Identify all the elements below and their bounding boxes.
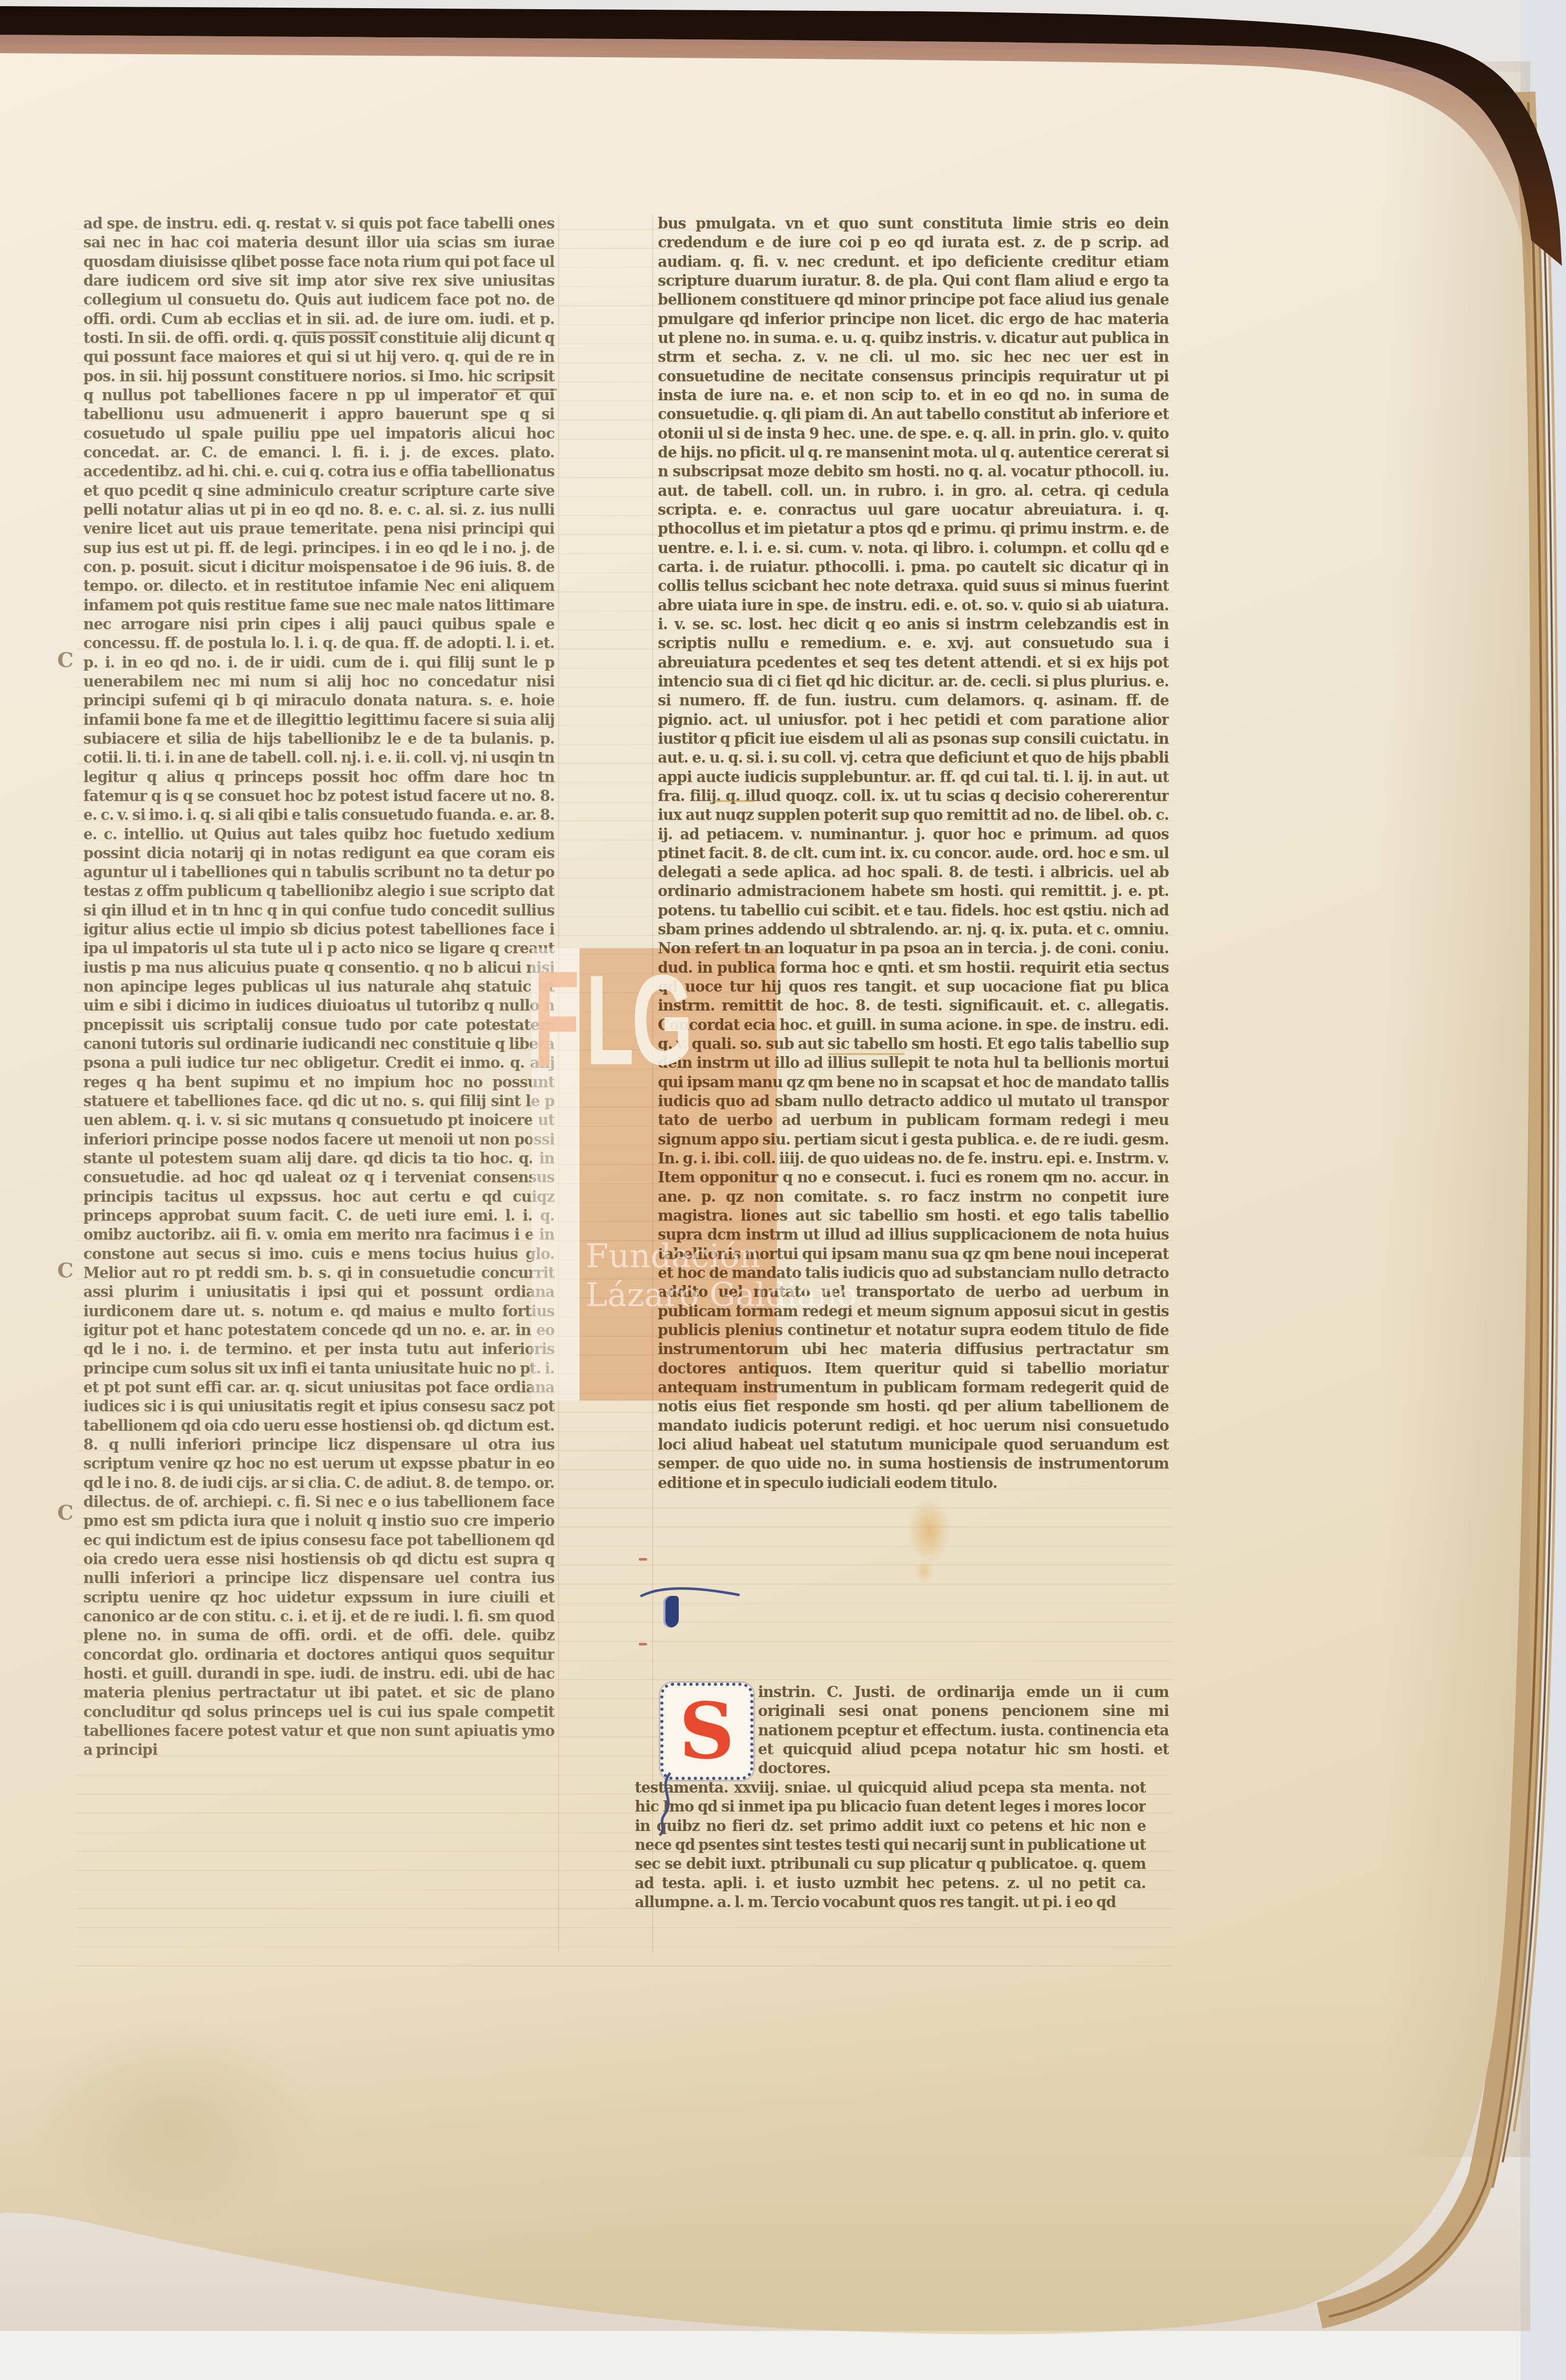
manuscript-photo-scene: ad spe. de instru. edi. q. restat v. si … — [0, 0, 1566, 2380]
decorated-initial-box: S — [660, 1683, 753, 1780]
corner-darkening — [31, 2019, 317, 2234]
watermark-wordmark: Fundación Lázaro Galdiano — [586, 1237, 857, 1315]
ochre-underline — [713, 800, 755, 802]
blue-flourish — [639, 1578, 741, 1604]
ink-underline — [492, 388, 557, 391]
capitulum-mark: C — [57, 1258, 74, 1283]
page-right-shade — [1380, 61, 1530, 2157]
capitulum-mark: C — [57, 648, 74, 672]
text-column-right-lower: testamenta. xxviij. sniae. ul quicquid a… — [635, 1778, 1146, 1975]
red-margin-dash — [639, 1643, 647, 1645]
capitulum-mark: C — [57, 1501, 74, 1525]
red-margin-dash — [639, 1558, 647, 1561]
watermark-line-1: Fundación — [586, 1237, 857, 1276]
watermark-monogram-lg: LG — [586, 954, 690, 1087]
text-column-left: ad spe. de instru. edi. q. restat v. si … — [83, 214, 555, 1932]
decorated-initial-s: S — [679, 1693, 734, 1770]
ink-underline — [296, 331, 378, 333]
ochre-underline — [828, 1053, 905, 1055]
penwork-tail — [649, 1771, 695, 1838]
watermark-monogram-f: F — [534, 949, 580, 1089]
blue-initial-i — [663, 1596, 679, 1628]
watermark-line-2: Lázaro Galdiano — [586, 1276, 857, 1315]
